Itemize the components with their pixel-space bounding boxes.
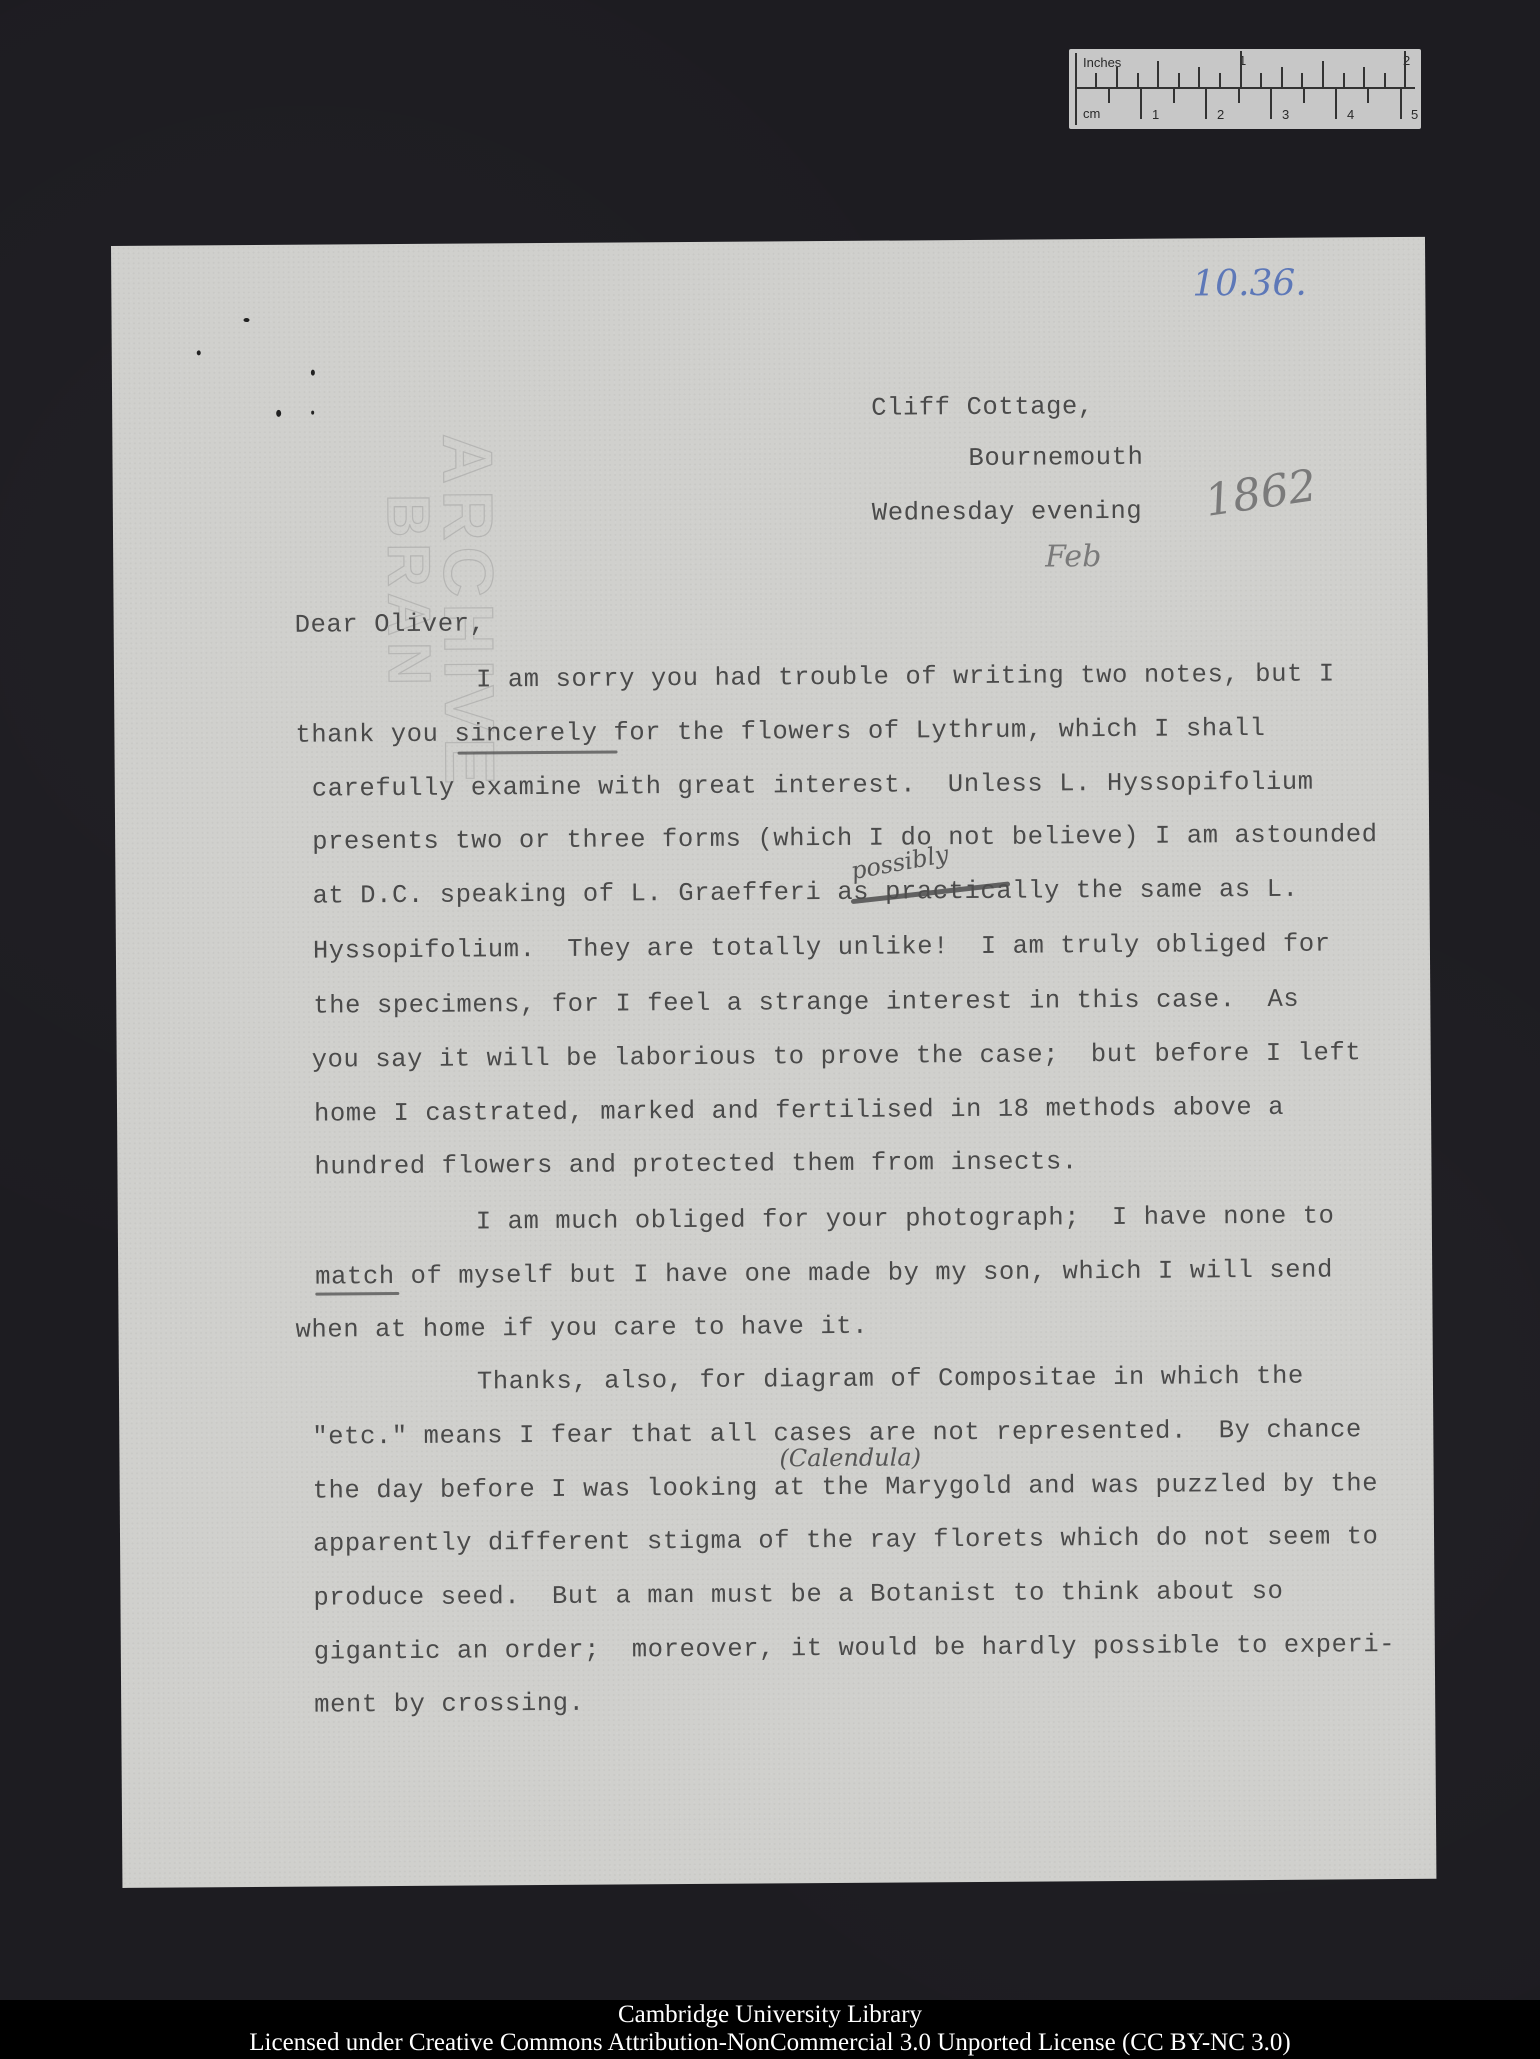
scale-ruler: Inches 1 2 cm 1 2 3 4 5 <box>1069 49 1421 129</box>
ruler-midline <box>1075 87 1415 89</box>
pencil-month: Feb <box>1045 539 1101 574</box>
body-line-5: at D.C. speaking of L. Graefferi as prac… <box>312 877 1298 909</box>
body-line-16: the day before I was looking at the Mary… <box>313 1471 1379 1504</box>
body-line-3: carefully examine with great interest. U… <box>312 770 1314 802</box>
body-line-20: ment by crossing. <box>314 1691 585 1718</box>
body-line-19: gigantic an order; moreover, it would be… <box>314 1632 1396 1665</box>
underline-match <box>315 1292 399 1296</box>
body-line-9: home I castrated, marked and fertilised … <box>314 1095 1284 1127</box>
address-line-2: Bournemouth <box>968 445 1143 472</box>
body-line-13: when at home if you care to have it. <box>295 1314 868 1343</box>
paper-speck <box>244 318 250 322</box>
body-line-4: presents two or three forms (which I do … <box>312 822 1378 855</box>
footer-license: Licensed under Creative Commons Attribut… <box>0 2029 1540 2057</box>
ruler-cm-mark-1: 1 <box>1152 107 1159 122</box>
body-line-17: apparently different stigma of the ray f… <box>313 1524 1379 1557</box>
license-footer: Cambridge University Library Licensed un… <box>0 2000 1540 2059</box>
ruler-cm-mark-2: 2 <box>1217 107 1224 122</box>
paper-speck <box>311 411 314 415</box>
ruler-cm-mark-5: 5 <box>1411 107 1418 122</box>
paper-speck <box>276 410 281 417</box>
body-line-12: match of myself but I have one made by m… <box>315 1257 1333 1290</box>
marginal-insert: (Calendula) <box>779 1443 921 1472</box>
address-line-1: Cliff Cottage, <box>871 394 1094 421</box>
body-line-11: I am much obliged for your photograph; I… <box>476 1203 1335 1234</box>
salutation: Dear Oliver, <box>295 611 486 638</box>
ruler-cm-mark-3: 3 <box>1282 107 1289 122</box>
paper-speck <box>197 350 201 355</box>
ruler-cm-label: cm <box>1083 106 1100 121</box>
pencil-year: 1862 <box>1202 460 1320 527</box>
body-line-10: hundred flowers and protected them from … <box>314 1149 1077 1180</box>
letter-sheet: ARCHIVE BRAN 10.36. Cliff Cottage, Bourn… <box>111 237 1436 1888</box>
paper-speck <box>311 370 315 376</box>
address-line-3: Wednesday evening <box>872 499 1143 526</box>
body-line-18: produce seed. But a man must be a Botani… <box>313 1579 1283 1611</box>
paper-watermark-2: BRAN <box>374 494 444 692</box>
body-line-14: Thanks, also, for diagram of Compositae … <box>477 1364 1304 1395</box>
footer-institution: Cambridge University Library <box>0 2001 1540 2029</box>
body-line-7: the specimens, for I feel a strange inte… <box>313 987 1299 1019</box>
underline-sincerely <box>458 750 618 754</box>
catalogue-number: 10.36. <box>1192 263 1307 305</box>
body-line-6: Hyssopifolium. They are totally unlike! … <box>313 932 1331 965</box>
ruler-cm-mark-4: 4 <box>1347 107 1354 122</box>
body-line-2: thank you sincerely for the flowers of L… <box>295 716 1265 748</box>
body-line-8: you say it will be laborious to prove th… <box>312 1040 1362 1073</box>
body-line-1: I am sorry you had trouble of writing tw… <box>476 661 1335 692</box>
